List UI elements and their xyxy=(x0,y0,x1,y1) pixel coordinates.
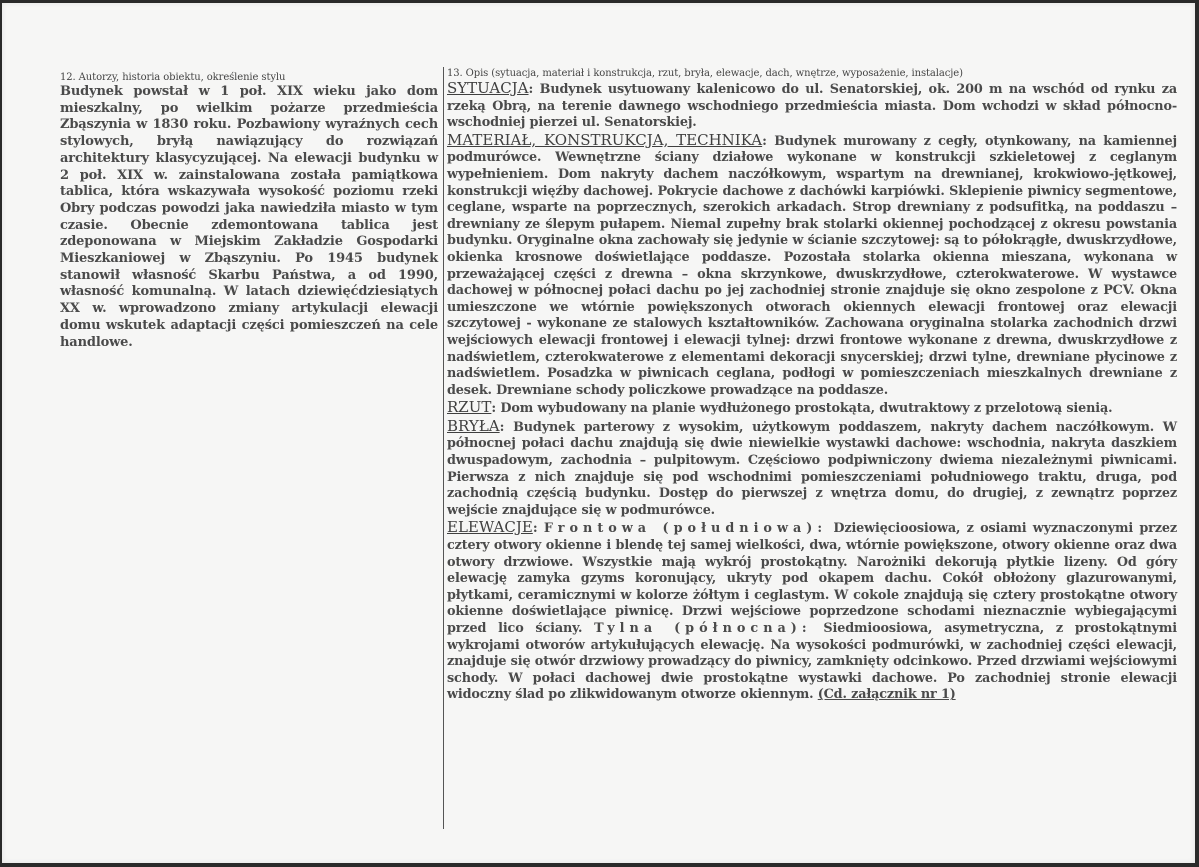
document-page: 12. Autorzy, historia obiektu, określeni… xyxy=(2,3,1195,863)
history-section: 12. Autorzy, historia obiektu, określeni… xyxy=(60,71,438,351)
subheading-tylna: Tylna (północna): xyxy=(594,621,811,636)
paragraph-material: MATERIAŁ, KONSTRUKCJA, TECHNIKA: Budynek… xyxy=(447,132,1177,400)
history-text: Budynek powstał w 1 poł. XIX wieku jako … xyxy=(60,84,438,351)
heading-sytuacja: SYTUACJA xyxy=(447,79,529,97)
subheading-frontowa: Frontowa (południowa): xyxy=(544,521,827,536)
continuation-link[interactable]: (Cd. załącznik nr 1) xyxy=(818,687,956,702)
heading-bryla: BRYŁA xyxy=(447,417,500,435)
heading-material: MATERIAŁ, KONSTRUKCJA, TECHNIKA xyxy=(447,131,762,149)
paragraph-sytuacja: SYTUACJA: Budynek usytuowany kalenicowo … xyxy=(447,80,1177,132)
column-divider xyxy=(443,67,444,829)
section-label-authors-history: 12. Autorzy, historia obiektu, określeni… xyxy=(60,71,438,84)
heading-rzut: RZUT xyxy=(447,398,491,416)
paragraph-bryla: BRYŁA: Budynek parterowy z wysokim, użyt… xyxy=(447,418,1177,520)
description-section: 13. Opis (sytuacja, materiał i konstrukc… xyxy=(447,67,1177,704)
heading-elewacje: ELEWACJE xyxy=(447,518,533,536)
text-sytuacja: Budynek usytuowany kalenicowo do ul. Sen… xyxy=(447,82,1177,130)
section-label-description: 13. Opis (sytuacja, materiał i konstrukc… xyxy=(447,67,1177,80)
text-frontowa: Dziewięcioosiowa, z osiami wyznaczonymi … xyxy=(447,521,1177,636)
paragraph-elewacje: ELEWACJE: Frontowa (południowa): Dziewię… xyxy=(447,519,1177,704)
text-rzut: Dom wybudowany na planie wydłużonego pro… xyxy=(500,401,1112,416)
text-material: Budynek murowany z cegły, otynkowany, na… xyxy=(447,134,1177,398)
paragraph-rzut: RZUT: Dom wybudowany na planie wydłużone… xyxy=(447,399,1177,418)
text-bryla: Budynek parterowy z wysokim, użytkowym p… xyxy=(447,420,1177,518)
